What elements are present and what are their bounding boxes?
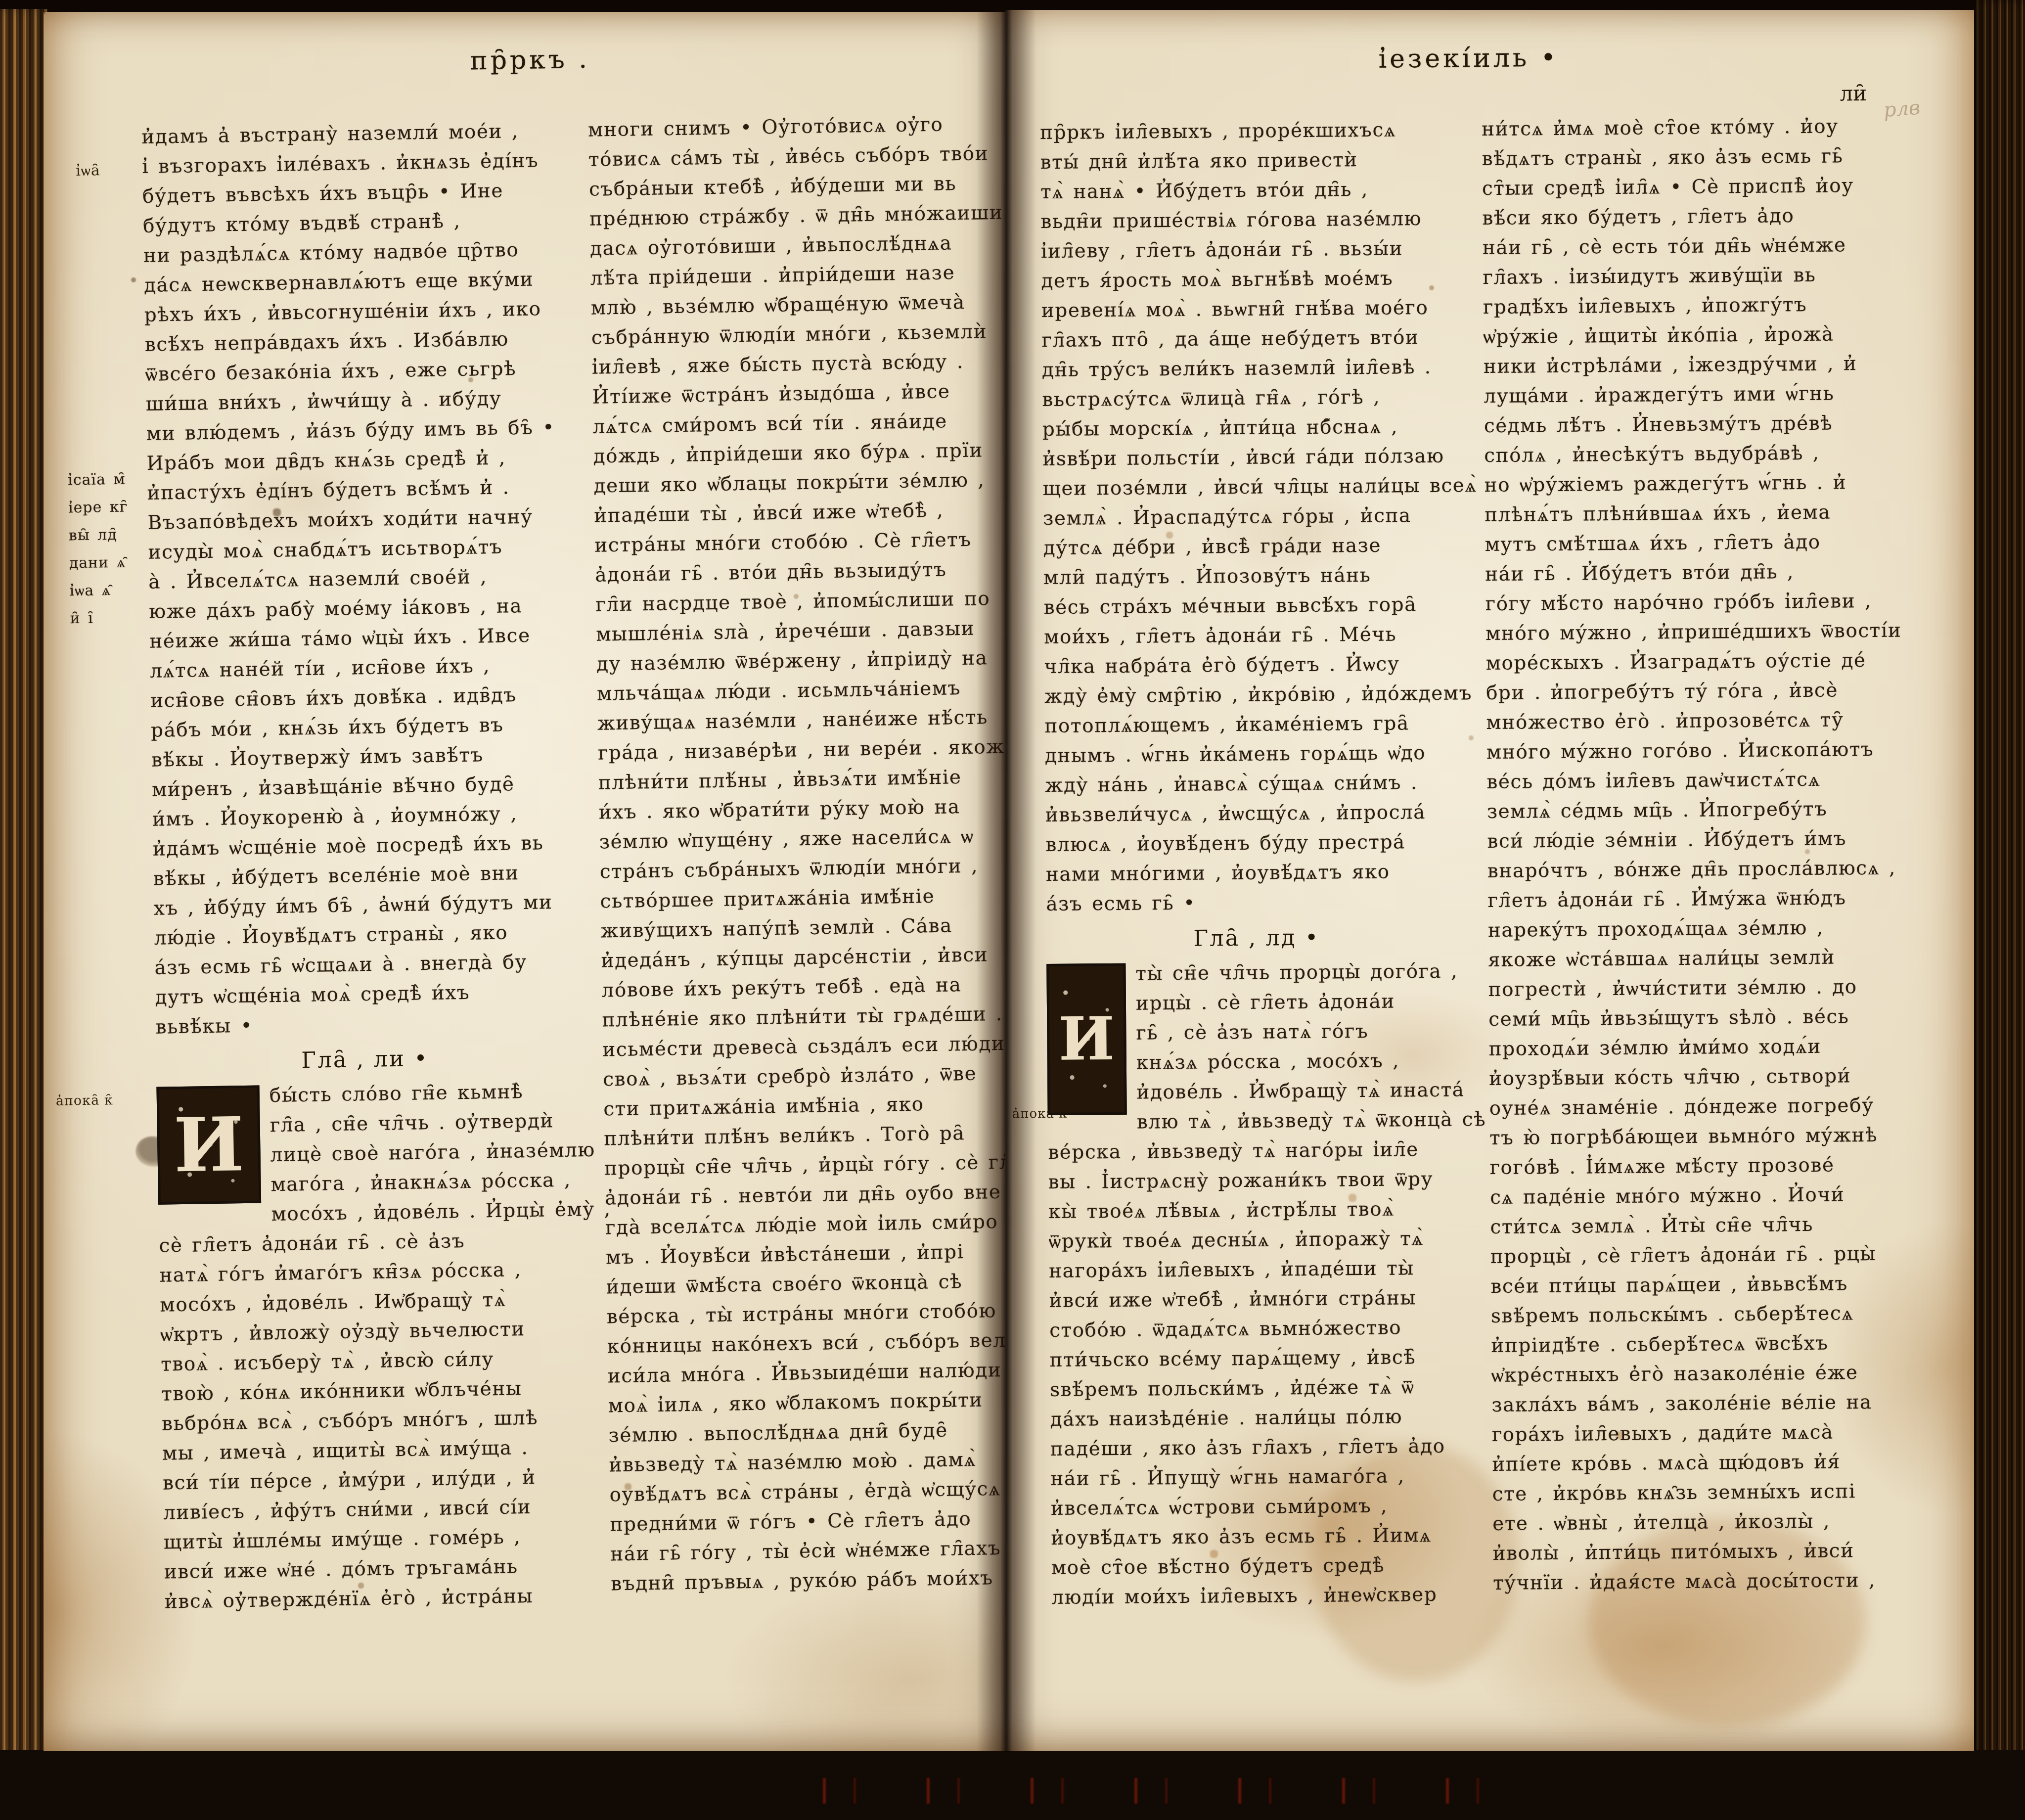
text-line: нами мно́гими , и̓оувѣ́дѧтъ яко — [1046, 857, 1466, 890]
text-line: се́дмь лѣ́тъ . И̓невьзму́тъ дре́вѣ — [1484, 408, 1909, 441]
text-line: ѕвѣ́ремъ польски́мъ , и̓де́же тѧ̀ ѿ — [1050, 1372, 1470, 1405]
initial-letter: И — [173, 1107, 244, 1183]
text-line: мно́го му́жно гого́во . И̓ископа́ютъ — [1486, 734, 1912, 768]
text-line: луща́ми . и̓раждегу́тъ ими ѡ́гнь — [1484, 378, 1909, 411]
text-line: но ѡ̓ру́жіемъ раждегу́тъ ѡ́гнь . и̓ — [1484, 467, 1909, 500]
margin-note-reference: і̓ѡа̑ — [76, 162, 100, 180]
text-line: и̓оувѣ́дѧтъ яко а̓зъ есмь гь̑ . И̓имѧ — [1051, 1520, 1471, 1553]
text-line: оуне́ѧ знаме́ніе . до́ндеже погребу́ — [1489, 1091, 1914, 1124]
text-line: градѣ́хъ і̓ил̑евыхъ , и̓пожгу́тъ — [1483, 289, 1908, 322]
text-line: гора́хъ і̓ил̑евыхъ , дади́те мѧса̀ — [1492, 1417, 1917, 1450]
text-line: вѣ́си яко бу́детъ , гл̑етъ а̓до — [1482, 200, 1907, 233]
chapter-heading-38: Гла̑ , ли • — [156, 1036, 574, 1083]
column1-pre-text: и̓дамъ а̓ въстрану̀ наземли́ мое́и ,і̓ в… — [141, 116, 574, 1043]
text-line: семи́ мц̑ь и̓вьзы́щутъ ѕѣло̀ . ве́сь — [1488, 1001, 1914, 1035]
text-line: ду́тсѧ де́бри , и̓всѣ̀ гра́ди назе — [1043, 530, 1463, 563]
text-line: паде́ши , яко а̓зъ гл̑ахъ , гл̑етъ а̓до — [1050, 1431, 1471, 1464]
foxing-speckles — [44, 12, 45, 14]
text-line: чл̑ка набра́та е̓го̀ бу́детъ . И̓ѡсу — [1044, 649, 1464, 682]
text-line: вьдн̑и прише́ствіѧ го́гова назе́млю — [1040, 204, 1461, 237]
column3-chapter-text: И ты̀ сн̑е чл̑чь прорцы̀ дого́га ,ирцы̀ … — [1046, 956, 1472, 1613]
text-line: мутъ смѣ́тшаѧ и́хъ , гл̑етъ а̓до — [1485, 527, 1910, 560]
text-line: мои́хъ , гл̑етъ а̓дона́и гь̑ . Ме́чь — [1044, 619, 1464, 652]
text-line: сѧ паде́ніе мно́го му́жно . И̓очи́ — [1490, 1180, 1915, 1213]
text-line: и̓вселѧ́тсѧ ѡ́строви сьми́ромъ , — [1051, 1491, 1471, 1524]
text-line: ники и̓стрѣла́ми , і̓жездру́чми , и̓ — [1484, 349, 1909, 382]
right-page: і̓езекі́иль • ли̑ рлв а̓пока̑ к̑ пр̑ркъ … — [1005, 10, 1974, 1751]
text-line: влюсѧ , и̓оувѣ́денъ бу́ду престра́ — [1045, 827, 1466, 860]
text-line: и̓пі́ете кро́вь . мѧса̀ щю́довъ и̓я́ — [1492, 1447, 1917, 1480]
woodcut-initial: И — [1046, 963, 1126, 1115]
text-line: потоплѧ́ющемъ , и̓каме́ніемъ гра̑ — [1044, 708, 1465, 741]
text-line: ѿрукѝ твое́ѧ десны́ѧ , и̓поражу̀ тѧ̀ — [1048, 1224, 1469, 1257]
text-line: пр̑ркъ і̓ил̑евыхъ , проре́кшихъсѧ — [1040, 115, 1460, 148]
text-line: все́и пти́цы парѧ́щеи , и̓вьвсѣ́мъ — [1490, 1269, 1916, 1302]
woodcut-initial: И — [156, 1085, 261, 1204]
initial-letter: И — [1058, 1009, 1115, 1069]
text-line: внаро́чтъ , во́нже дн̑ь просла́влюсѧ , — [1487, 853, 1913, 886]
text-column-4: ни́тсѧ и̓мѧ моѐ ст̑ое кто́му . и̓оувѣ́дѧ… — [1482, 111, 1919, 1598]
text-line: нареку́тъ проходѧ́щаѧ зе́млю , — [1488, 912, 1913, 946]
text-line: вьстрѧсу́тсѧ ѿлица̀ гн̑ѧ , го́гѣ , — [1042, 382, 1462, 415]
text-line: стобо́ю . ѿдадѧ́тсѧ вьмно́жество — [1049, 1313, 1470, 1346]
text-line: и̓оузрѣ́выи ко́сть чл̑чю , сьтвори́ — [1489, 1061, 1914, 1094]
text-line: днымъ . ѡ́гнь и̓ка́мень горѧ́щь ѡ̓до — [1045, 738, 1465, 771]
text-column-2: многи снимъ • Оу̓гото́висѧ оу̓гото́висѧ … — [588, 109, 1029, 1599]
text-line: на́и гь̑ . И̓бу́детъ вто́и дн̑ь , — [1485, 556, 1910, 590]
text-line: и̓всѧ̀ оу̓твержде́нїѧ е̓го̀ , и̓стра́ны — [164, 1581, 583, 1617]
margin-note-apocalypse: а̓пока̑ к̑ — [56, 1092, 113, 1109]
text-line: иревені́ѧ моѧ̀ . вьѡгни̑ гнѣ́ва мое́го — [1041, 293, 1462, 326]
text-line: а́зъ есмь гь̑ • — [1046, 886, 1466, 919]
text-line: вты́ дни̑ и̓лѣ́та яко привестѝ — [1040, 144, 1460, 178]
text-line: жду̀ е̓му̀ смр̑тію , и̓кро́вію , и̓до́жд… — [1044, 679, 1465, 712]
text-line: гл̑ахъ пто̑ , да а́ще небу́детъ вто́и — [1041, 322, 1462, 356]
text-line: і̓ѡа ѧ̑ — [69, 576, 149, 605]
text-line: и̓волы̀ , и̓пти́ць пито́мыхъ , и̓вси́ — [1492, 1536, 1918, 1569]
column3-pre-text: пр̑ркъ і̓ил̑евыхъ , проре́кшихъсѧвты́ дн… — [1040, 115, 1467, 919]
text-line: ете . ѡ̓вны̀ , и̓телца̀ , и̓козлы̀ , — [1492, 1506, 1918, 1539]
text-line: прорцы̀ , сѐ гл̑етъ а̓дона́и гь̑ . рцы̀ — [1490, 1239, 1916, 1272]
text-line: въдни̑ пръвыѧ , руко́ю ра́бъ мои́хъ — [611, 1563, 1029, 1599]
text-line: ве́рска , и̓вьзведу̀ тѧ̀ наго́ры і̓ил̑е — [1048, 1135, 1468, 1168]
column2-text: многи снимъ • Оу̓гото́висѧ оу̓гото́висѧ … — [588, 109, 1029, 1599]
text-line: сти́тсѧ землѧ̀ . И̓ты̀ сн̑е чл̑чь — [1490, 1209, 1915, 1242]
margin-cross-references: і̓саїа м̑і̓ере кг̑вы̑ лд̑дани ѧ̑і̓ѡа ѧ̑и… — [68, 465, 149, 633]
text-line: жду̀ на́нь , и̓навсѧ̀ су́щаѧ сни́мъ . — [1045, 768, 1465, 801]
text-line: мно́жество е̓го̀ . и̓прозове́тсѧ ту̑ — [1486, 705, 1911, 738]
text-line: и̑ і̑ — [70, 604, 149, 633]
text-line: ни́тсѧ и̓мѧ моѐ ст̑ое кто́му . и̓оу — [1482, 111, 1907, 144]
text-line: погрестѝ , и̓ѡчи́стити зе́млю . до — [1488, 972, 1914, 1005]
text-line: проходѧ́и зе́млю и̓ми́мо ходѧ́и — [1488, 1031, 1914, 1064]
text-line: ве́сь до́мъ і̓ил̑евъ даѡ̓чистѧ́тсѧ — [1486, 764, 1912, 797]
text-line: ѕвѣ́ремъ польскы́мъ . сьберѣ́тесѧ — [1491, 1298, 1916, 1331]
text-line: море́скыхъ . И̓заградѧ́тъ оу́стіе де́ — [1485, 645, 1911, 679]
text-line: сте , и̓кро́вь кнѧ̑зь земны́хъ испі — [1492, 1476, 1918, 1509]
text-line: вы̑ лд̑ — [68, 521, 148, 550]
text-line: и̓пріидѣ́те . сьберѣ́тесѧ ѿвсѣ́хъ — [1491, 1328, 1916, 1361]
text-line: и̓вси́ иже ѡ̓тебѣ̀ , и̓мно́ги стра́ны — [1049, 1283, 1469, 1316]
text-column-3: пр̑ркъ і̓ил̑евыхъ , проре́кшихъсѧвты́ дн… — [1040, 115, 1472, 1613]
text-line: плѣнѧ́тъ плѣни́вшаѧ и́хъ , и̓ема — [1485, 497, 1910, 530]
chapter-heading-39: Гла̑ , лд • — [1046, 916, 1467, 960]
text-line: ры́бы морскі́ѧ , и̓пти́ца нб̑снаѧ , — [1042, 411, 1463, 445]
text-line: гого́вѣ . І̓и́мѧже мѣ́сту прозове́ — [1489, 1150, 1915, 1183]
text-line: мли̑ паду́тъ . И̓позову́тъ на́нь — [1043, 560, 1464, 593]
text-line: нагора́хъ і̓ил̑евыхъ , и̓паде́ши ты̀ — [1049, 1253, 1469, 1286]
gutter-shadow — [977, 9, 1036, 1752]
text-line: ту́чнїи . и̓дая́сте мѧса̀ досы́тости , — [1493, 1565, 1918, 1598]
text-line: і̓саїа м̑ — [68, 465, 147, 495]
text-line: землѧ̀ . И̓распаду́тсѧ го́ры , и̓спа — [1043, 500, 1463, 534]
text-line: ѡ̓ру́жіе , и̓щиты̀ и̓ко́піа , и̓рожа̀ — [1483, 319, 1908, 352]
text-line: закла́хъ ва́мъ , заколе́ніе ве́ліе на — [1491, 1387, 1917, 1420]
text-line: дн̑ь тру́съ вели́къ наземли̑ і̓ил̑евѣ . — [1042, 352, 1462, 385]
text-line: пти́чьско все́му парѧ́щему , и̓всѣ̑ — [1049, 1342, 1470, 1375]
text-line: вы . І̓истрѧсну̀ рожани́къ твои ѿру — [1048, 1164, 1469, 1197]
text-line: тѧ̀ нанѧ̀ • И̓бу́детъ вто́и дн̑ь , — [1040, 174, 1461, 207]
text-line: мно́го му́жно , и̓прише́дшихъ ѿвості́и — [1485, 616, 1911, 649]
text-line: і̓ере кг̑ — [68, 493, 148, 522]
running-title-right: і̓езекі́иль • — [1246, 42, 1691, 75]
text-line: гл̑етъ а̓дона́и гь̑ . И̓му́жа ѿню́дъ — [1487, 883, 1913, 916]
text-line: землѧ̀ се́дмь мц̑ь . И̓погребу́тъ — [1487, 794, 1912, 827]
column1-chapter-text: И бы́сть сло́во гн̑е кьмнѣ̀гл̑а , сн̑е ч… — [156, 1076, 583, 1617]
text-line: вси́ лю́діе зе́мніи . И̓бу́детъ и́мъ — [1487, 823, 1912, 857]
text-line: да́хъ наизѣде́ніе . нали́цы по́лю — [1050, 1402, 1470, 1435]
text-line: гл̑ахъ . і̓изы́идутъ живу́щїи вь — [1483, 260, 1908, 293]
folio-number: ли̑ — [1840, 81, 1867, 105]
text-line: дани ѧ̑ — [69, 548, 148, 578]
text-column-1: и̓дамъ а̓ въстрану̀ наземли́ мое́и ,і̓ в… — [141, 116, 583, 1617]
text-line: ве́сь стра́хъ ме́чныи вьвсѣ́хъ гора̑ — [1043, 590, 1464, 623]
text-line: бри . и̓погребу́тъ ту́ го́га , и̓всѐ — [1486, 675, 1911, 708]
text-line: кы̀ твое́ѧ лѣ́выѧ , и̓стрѣ́лы твоѧ̀ — [1048, 1194, 1469, 1227]
text-line: тъ ю̀ погрѣба́ющеи вьмно́го му́жнѣ — [1489, 1120, 1915, 1153]
text-line: люді́и мои́хъ і̓ил̑евыхъ , и̓неѡ̓сквер — [1051, 1580, 1472, 1613]
running-title-left: пр̑ркъ . — [308, 42, 753, 79]
text-line: спо́лѧ , и̓несѣку́тъ вьдубра́вѣ , — [1484, 438, 1909, 471]
text-line: и̓ѕвѣ́ри польсті́и , и̓вси́ га́ди по́лза… — [1042, 441, 1463, 474]
text-line: якоже ѡ̓ста́вшаѧ нали́цы землѝ — [1488, 942, 1913, 975]
text-line: на́и гь̑ . И̓пущу̀ ѡ́гнь намаго́га , — [1050, 1461, 1471, 1494]
text-line: ѡ̓кре́стныхъ е̓го̀ назаколе́ніе е́же — [1491, 1358, 1917, 1391]
text-line: и̓вьзвели́чусѧ , и̓ѡсщу́сѧ , и̓просла́ — [1045, 797, 1466, 830]
book-photo: пр̑ркъ . і̓ѡа̑ і̓саїа м̑і̓ере кг̑вы̑ лд̑… — [0, 0, 2025, 1820]
headband-stitching — [791, 1778, 1533, 1804]
column4-text: ни́тсѧ и̓мѧ моѐ ст̑ое кто́му . и̓оувѣ́дѧ… — [1482, 111, 1919, 1598]
text-line: на́и гь̑ , сѐ есть то́и дн̑ь ѡ̓не́мже — [1483, 230, 1908, 263]
text-line: моѐ ст̑ое вѣ́стно бу́детъ средѣ̀ — [1051, 1550, 1472, 1583]
book-fore-edge-right — [1974, 0, 2025, 1820]
text-line: і̓ил̑еву , гл̑етъ а̓дона́и гь̑ . вьзы́и — [1041, 233, 1461, 267]
text-line: ст̑ыи средѣ̀ і̓ил̑ѧ • Сѐ приспѣ̀ и̓оу — [1482, 171, 1907, 204]
text-line: го́гу мѣ́сто наро́чно гро́бъ і̓ил̑еви , — [1485, 586, 1910, 619]
left-page: пр̑ркъ . і̓ѡа̑ і̓саїа м̑і̓ере кг̑вы̑ лд̑… — [44, 12, 1005, 1751]
text-line: щеи позе́мли , и̓вси́ чл̑цы нали́цы всеѧ… — [1043, 471, 1463, 504]
text-line: вѣ́дѧтъ страны̀ , яко а̓зъ есмь гь̑ — [1482, 141, 1907, 174]
text-line: детъ я́рость моѧ̀ вьгнѣ́вѣ мое́мъ — [1041, 263, 1461, 296]
